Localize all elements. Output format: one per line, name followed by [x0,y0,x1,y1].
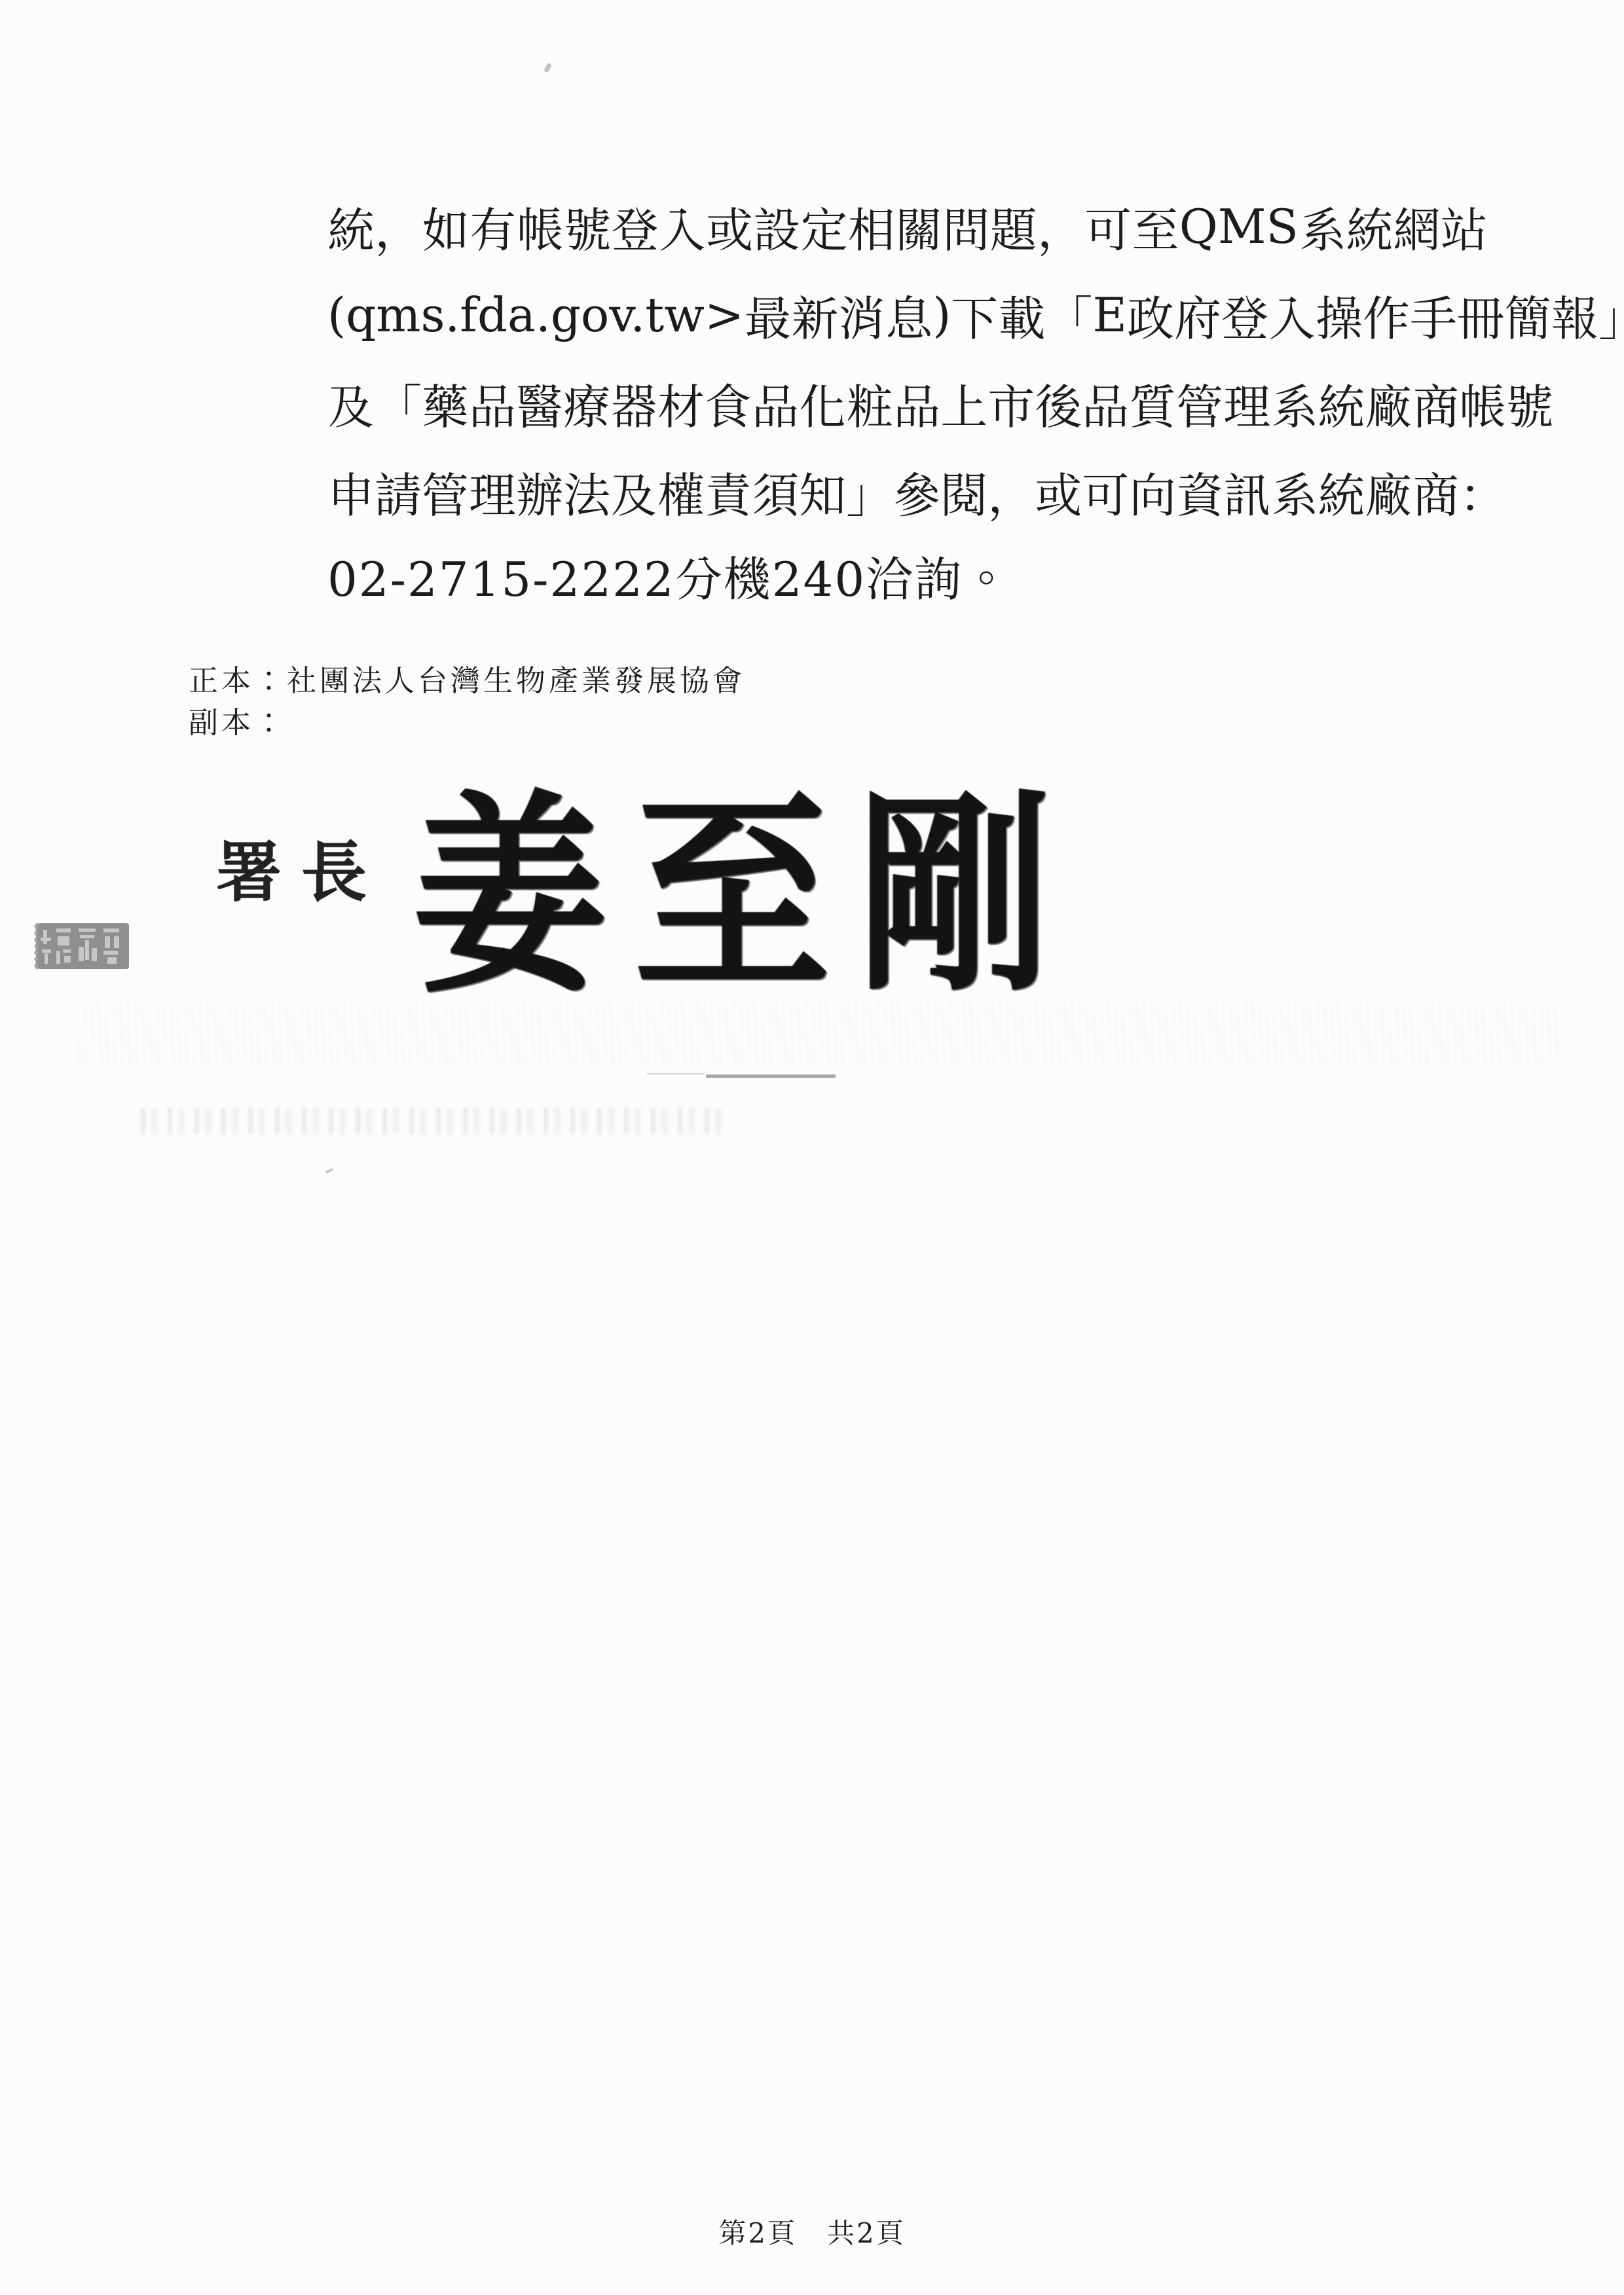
scanned-letter-page: 統，如有帳號登入或設定相關問題，可至QMS系統網站 (qms.fda.gov.t… [0,0,1624,2295]
scan-artifact-line-light [647,1073,705,1074]
body-line-3: 及「藥品醫療器材食品化粧品上市後品質管理系統廠商帳號 [327,359,1488,447]
original-recipient-value: 社團法人台灣生物產業發展協會 [287,663,745,698]
scan-artifact-line-dark [706,1074,836,1078]
body-paragraph: 統，如有帳號登入或設定相關問題，可至QMS系統網站 (qms.fda.gov.t… [327,182,1488,624]
footer-page-number: 第2頁 [718,2212,797,2251]
signer-title: 署長 [216,820,386,914]
body-line-2: (qms.fda.gov.tw>最新消息)下載「E政府登入操作手冊簡報」 [327,270,1488,359]
page-footer: 第2頁 共2頁 [0,2212,1624,2251]
scan-speck-mid [325,1168,334,1174]
scan-noise-band [79,1002,1559,1067]
scan-speck-top [544,62,552,73]
scan-bleedthrough-artifact [141,1108,727,1134]
body-line-4: 申請管理辦法及權責須知」參閱，或可向資訊系統廠商： [327,447,1488,536]
original-recipient-line: 正本：社團法人台灣生物產業發展協會 [189,660,745,702]
original-recipient-label: 正本： [189,663,287,698]
body-line-5: 02-2715-2222分機240洽詢。 [327,536,1488,624]
official-seal-icon [34,921,131,972]
signature-calligraphy: 姜至剛 [411,725,1027,1030]
footer-total-pages: 共2頁 [827,2212,906,2251]
copy-recipient-label: 副本： [189,705,287,740]
body-line-1: 統，如有帳號登入或設定相關問題，可至QMS系統網站 [327,182,1488,270]
